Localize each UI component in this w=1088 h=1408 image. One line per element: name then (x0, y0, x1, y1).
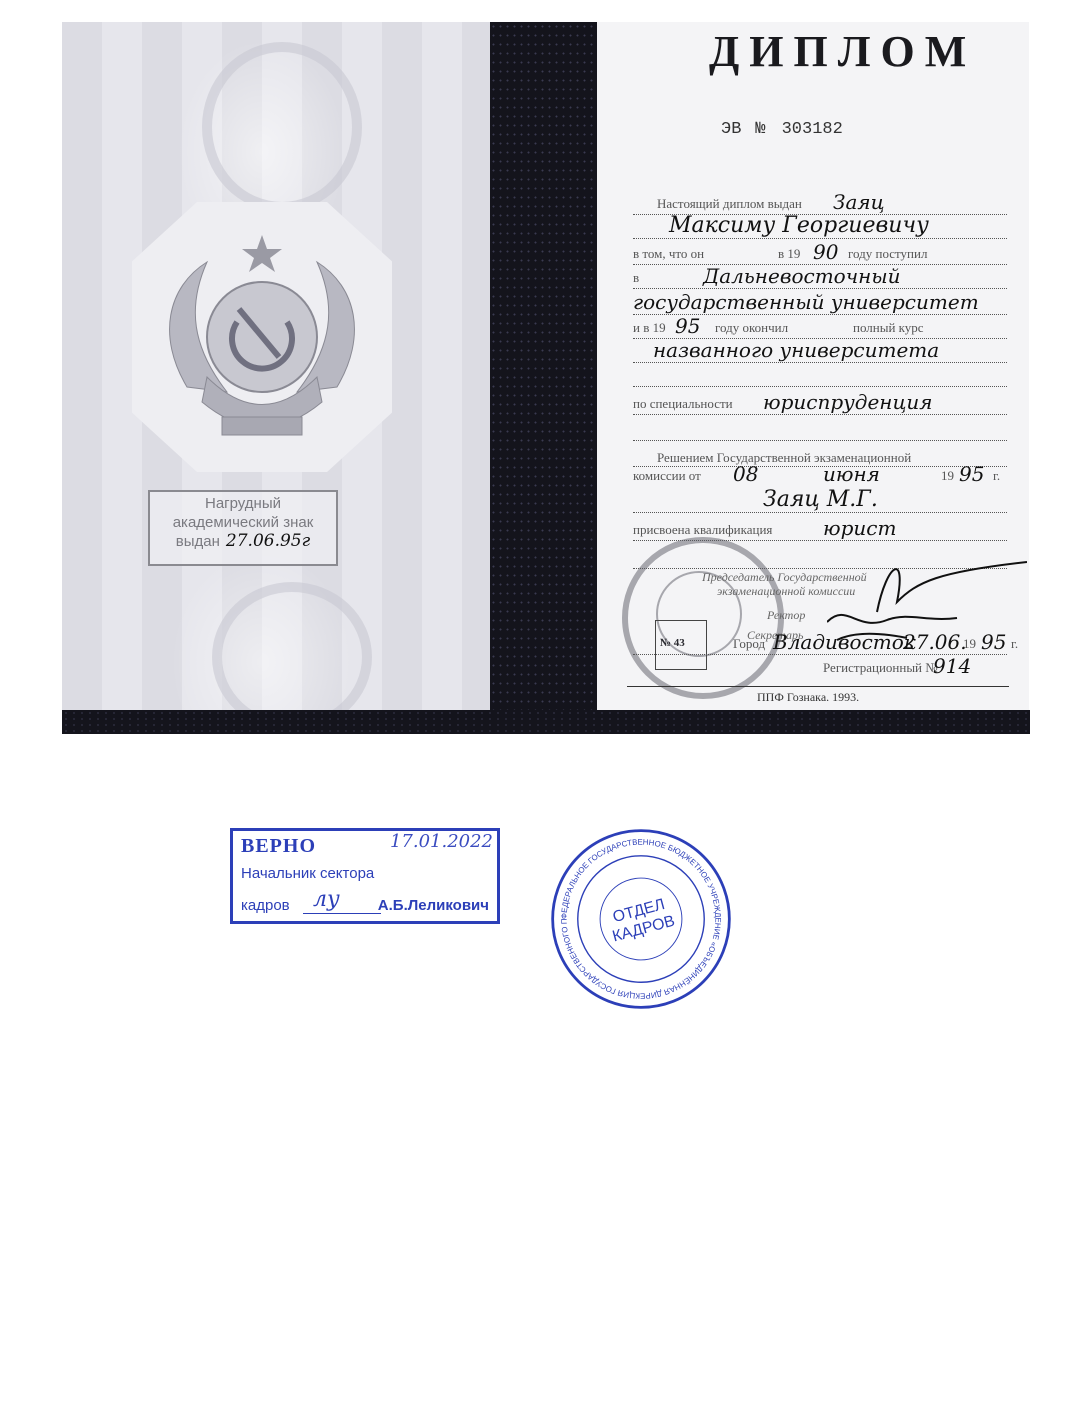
course-line: названного университета (633, 338, 1007, 363)
surname-handwritten: Заяц (833, 190, 885, 214)
commission-date-line: комиссии от 08 июня 19 95 г. (633, 462, 1007, 486)
ussr-coat-of-arms-icon (147, 217, 377, 467)
enrolled-line: в том, что он в 19 90 году поступил (633, 240, 1007, 265)
institution-line-1: в Дальневосточный (633, 264, 1007, 289)
specialty-line: по специальности юриспруденция (633, 390, 1007, 415)
institution-line-2: государственный университет (633, 290, 1007, 315)
blank-line (633, 362, 1007, 387)
hr-department-round-seal: ФЕДЕРАЛЬНОЕ ГОСУДАРСТВЕННОЕ БЮДЖЕТНОЕ УЧ… (548, 826, 734, 1012)
divider (627, 686, 1009, 687)
certified-copy-stamp: ВЕРНО 17.01.2022 Начальник сектора кадро… (230, 828, 500, 924)
signature-line (303, 913, 381, 914)
given-names-line: Максиму Георгиевичу (633, 214, 1007, 239)
diploma-right-page: ДИПЛОМ ЭВ№303182 Настоящий диплом выдан … (597, 22, 1029, 710)
diploma-cover-spine (490, 22, 597, 734)
blank-line (633, 416, 1007, 441)
signature: лу (313, 887, 340, 912)
printer-imprint: ППФ Гознака. 1993. (757, 690, 859, 705)
diploma-title: ДИПЛОМ (709, 26, 976, 77)
signature-scribbles (827, 542, 1027, 642)
diploma-serial-number: ЭВ№303182 (721, 120, 843, 139)
graduated-line: и в 19 95 году окончил полный курс (633, 314, 1007, 339)
guilloche-ornament (202, 42, 362, 212)
issued-to-line: Настоящий диплом выдан Заяц (633, 190, 1007, 215)
diploma-left-page: Нагрудный академический знак выдан27.06.… (62, 22, 492, 710)
city-date-line: Город Владивосток 27.06. 19 95 г. (633, 630, 1007, 655)
academic-badge-stamp: Нагрудный академический знак выдан27.06.… (148, 490, 338, 566)
registration-line: Регистрационный № 914 (633, 654, 1007, 678)
diploma-cover-bottom (62, 710, 1030, 734)
assigned-person-line: Заяц М.Г. (633, 488, 1007, 513)
